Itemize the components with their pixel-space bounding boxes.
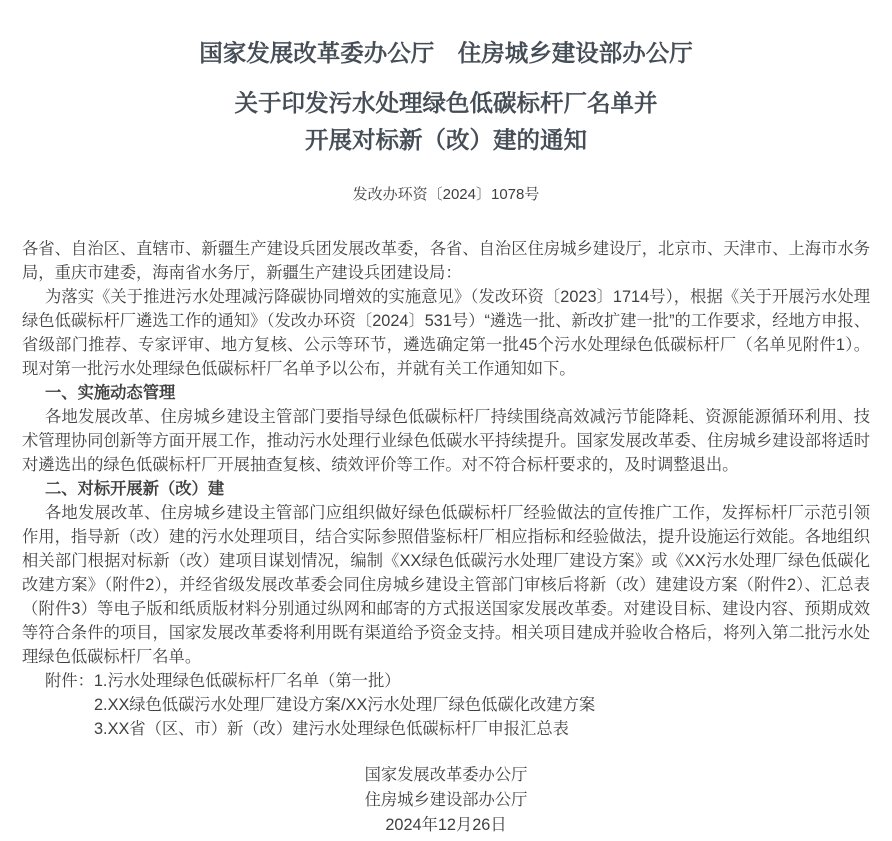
section-1-heading: 一、实施动态管理 [22, 381, 870, 405]
page-title: 国家发展改革委办公厅 住房城乡建设部办公厅 [22, 40, 870, 66]
signature-org-2: 住房城乡建设部办公厅 [22, 788, 870, 813]
signature-org-1: 国家发展改革委办公厅 [22, 763, 870, 788]
section-2-paragraph: 各地发展改革、住房城乡建设主管部门应组织做好绿色低碳标杆厂经验做法的宣传推广工作… [22, 501, 870, 669]
attachments-list: 附件：1.污水处理绿色低碳标杆厂名单（第一批） 2.XX绿色低碳污水处理厂建设方… [22, 669, 870, 741]
notice-title: 关于印发污水处理绿色低碳标杆厂名单并 开展对标新（改）建的通知 [22, 85, 870, 159]
signature-date: 2024年12月26日 [22, 813, 870, 838]
attachment-1: 1.污水处理绿色低碳标杆厂名单（第一批） [94, 672, 401, 690]
attachments-label: 附件： [45, 672, 94, 690]
attachment-2: 2.XX绿色低碳污水处理厂建设方案/XX污水处理厂绿色低碳化改建方案 [94, 696, 595, 714]
doc-number: 发改办环资〔2024〕1078号 [22, 185, 870, 205]
notice-title-line-2: 开展对标新（改）建的通知 [22, 122, 870, 159]
attachment-item: 2.XX绿色低碳污水处理厂建设方案/XX污水处理厂绿色低碳化改建方案 [22, 693, 870, 717]
attachment-item: 附件：1.污水处理绿色低碳标杆厂名单（第一批） [22, 669, 870, 693]
section-2-heading: 二、对标开展新（改）建 [22, 477, 870, 501]
salutation-paragraph: 各省、自治区、直辖市、新疆生产建设兵团发展改革委，各省、自治区住房城乡建设厅，北… [22, 237, 870, 285]
notice-body: 各省、自治区、直辖市、新疆生产建设兵团发展改革委，各省、自治区住房城乡建设厅，北… [22, 237, 870, 838]
section-1-paragraph: 各地发展改革、住房城乡建设主管部门要指导绿色低碳标杆厂持续围绕高效减污节能降耗、… [22, 405, 870, 477]
notice-title-line-1: 关于印发污水处理绿色低碳标杆厂名单并 [22, 85, 870, 122]
attachment-3: 3.XX省（区、市）新（改）建污水处理绿色低碳标杆厂申报汇总表 [94, 720, 569, 738]
notice-document: 国家发展改革委办公厅 住房城乡建设部办公厅 关于印发污水处理绿色低碳标杆厂名单并… [0, 40, 892, 838]
signature-block: 国家发展改革委办公厅 住房城乡建设部办公厅 2024年12月26日 [22, 763, 870, 838]
attachment-item: 3.XX省（区、市）新（改）建污水处理绿色低碳标杆厂申报汇总表 [22, 717, 870, 741]
intro-paragraph: 为落实《关于推进污水处理减污降碳协同增效的实施意见》（发改环资〔2023〕171… [22, 285, 870, 381]
